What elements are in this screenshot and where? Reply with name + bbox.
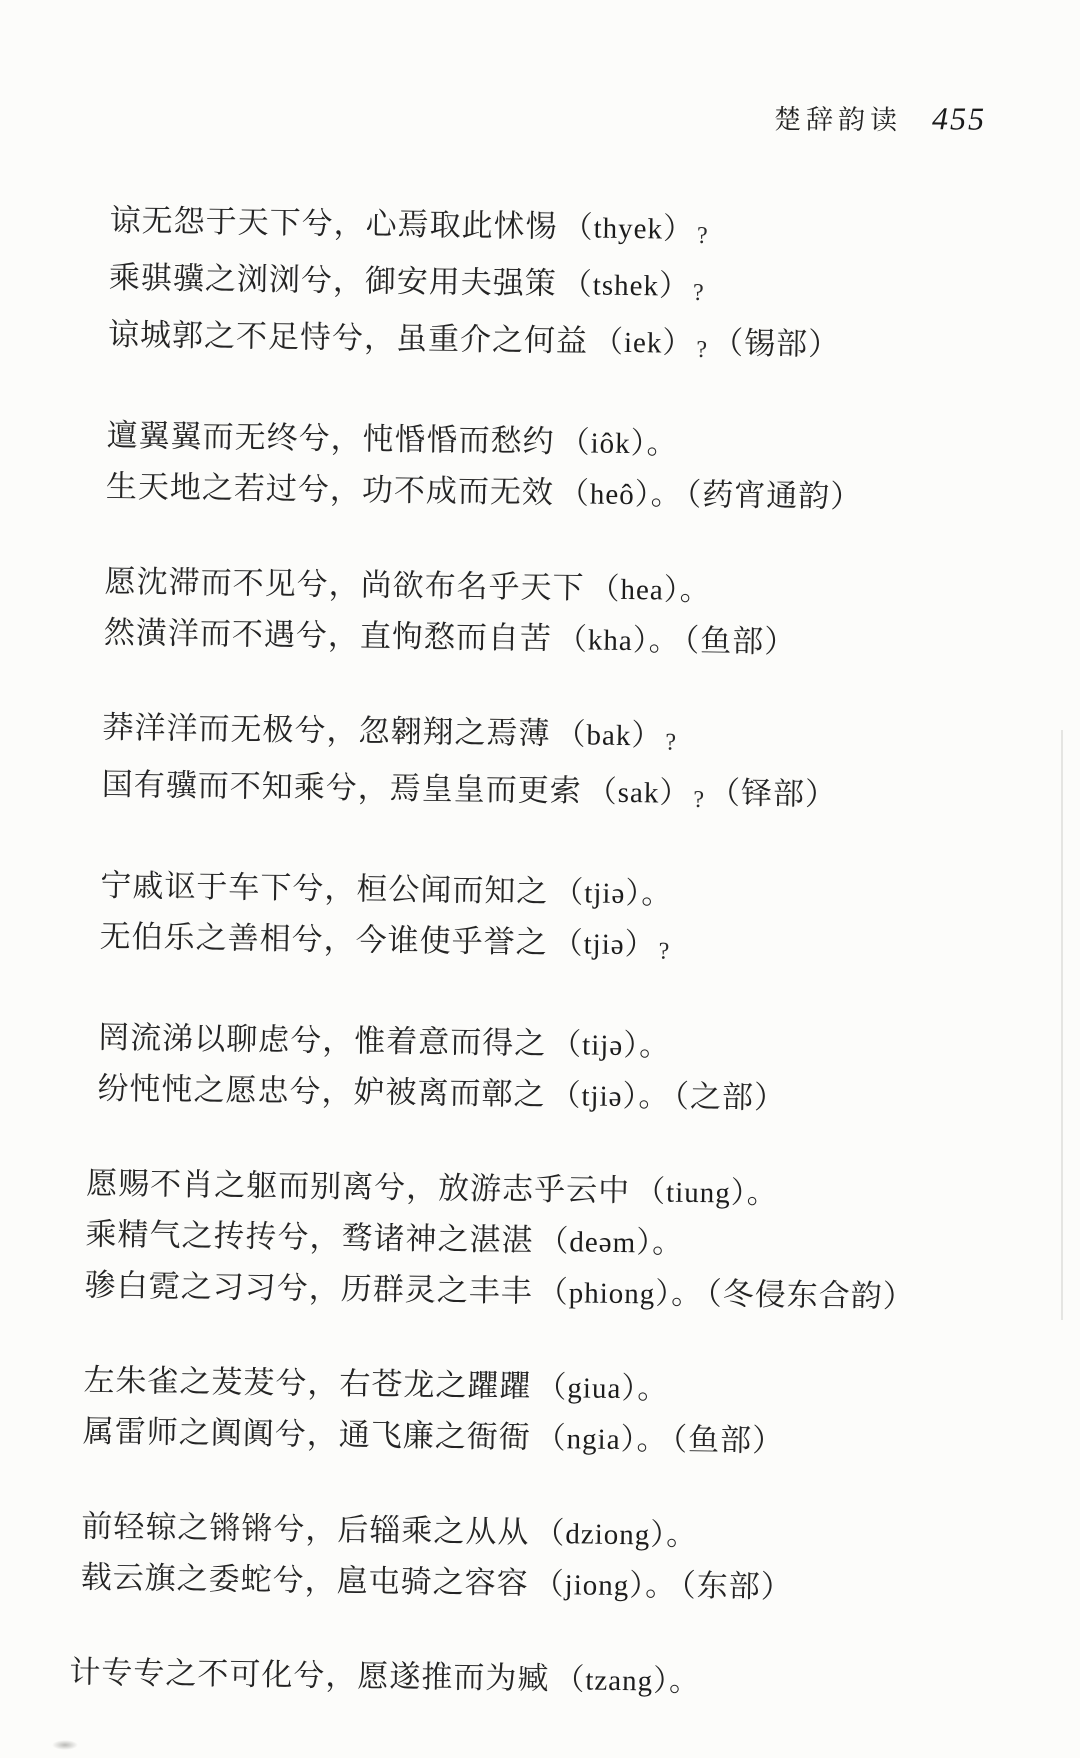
verse-text: 骖白霓之习习兮，历群灵之丰丰 <box>85 1267 533 1308</box>
rhyme-paren-close: ） <box>635 478 651 511</box>
rhyme-paren-close: ） <box>731 1176 747 1209</box>
scan-edge-artifact <box>1061 730 1063 1320</box>
line-punctuation: 。 <box>652 1226 683 1259</box>
rhyme-group-label: （冬侵东合韵） <box>706 1276 915 1314</box>
line-punctuation: ? <box>693 787 705 813</box>
rhyme-group-label: （锡部） <box>712 325 840 362</box>
verse-text: 乘骐骥之浏浏兮，御安用夫强策 <box>109 260 557 301</box>
rhyme-group-label: （铎部） <box>709 775 837 812</box>
rhyme-paren-open: （ <box>552 927 583 960</box>
stanza: 宁戚讴于车下兮，桓公闻而知之（tjiə）。无伯乐之善相兮，今谁使乎誉之（tjiə… <box>99 861 1030 982</box>
rhyme-romanization: tjiə <box>584 877 625 910</box>
rhyme-group-label: （鱼部） <box>671 1422 784 1459</box>
rhyme-paren-close: ） <box>659 776 690 809</box>
rhyme-romanization: tijə <box>582 1029 623 1062</box>
rhyme-group-label: （之部） <box>673 1079 786 1116</box>
stanza: 左朱雀之茇茇兮，右苍龙之躣躣（giua）。属雷师之阗阗兮，通飞廉之衙衙（ngia… <box>82 1355 1023 1470</box>
line-punctuation: 。 <box>680 574 711 607</box>
scan-smudge-artifact <box>52 1740 78 1750</box>
verse-line: 无伯乐之善相兮，今谁使乎誉之（tjiə）? <box>99 912 1030 982</box>
rhyme-paren-close: ） <box>620 1423 636 1456</box>
rhyme-paren-open: （ <box>593 325 624 358</box>
verse-text: 计专专之不可化兮，愿遂推而为臧 <box>69 1654 549 1696</box>
verse-text: 纷忳忳之愿忠兮，妒被离而鄣之 <box>97 1071 545 1112</box>
rhyme-paren-close: ） <box>622 1080 638 1113</box>
page-header: 楚辞韵读 455 <box>774 97 986 137</box>
verse-text: 无伯乐之善相兮，今谁使乎誉之 <box>99 919 547 960</box>
line-punctuation: ? <box>696 337 708 363</box>
rhyme-romanization: ngia <box>566 1423 620 1456</box>
stanza: 莽洋洋而无极兮，忽翱翔之焉薄（bak）?国有骥而不知乘兮，焉皇皇而更索（sak）… <box>101 703 1033 830</box>
verse-text: 愿赐不肖之躯而别离兮，放游志乎云中 <box>86 1165 630 1208</box>
line-punctuation: ? <box>693 280 705 306</box>
rhyme-romanization: deəm <box>569 1226 636 1259</box>
rhyme-romanization: tjiə <box>581 1080 622 1113</box>
rhyme-romanization: tjiə <box>583 928 624 961</box>
rhyme-paren-close: ） <box>655 1277 671 1310</box>
line-punctuation: 。 <box>669 1665 700 1698</box>
rhyme-paren-close: ） <box>664 573 680 606</box>
rhyme-group-label: （鱼部） <box>683 623 796 660</box>
rhyme-paren-open: （ <box>562 268 593 301</box>
rhyme-romanization: thyek <box>593 212 663 245</box>
rhyme-paren-open: （ <box>551 1028 582 1061</box>
rhyme-paren-close: ） <box>659 269 690 302</box>
line-punctuation: 。 <box>636 1423 667 1456</box>
line-punctuation: 。 <box>651 478 682 511</box>
line-punctuation: ? <box>665 730 677 756</box>
line-punctuation: 。 <box>641 877 672 910</box>
poem-body: 谅无怨于天下兮，心焉取此怵惕（thyek）?乘骐骥之浏浏兮，御安用夫强策（tsh… <box>88 196 1040 1756</box>
rhyme-paren-close: ） <box>621 1372 637 1405</box>
rhyme-paren-open: （ <box>538 1276 569 1309</box>
book-page: 楚辞韵读 455 谅无怨于天下兮，心焉取此怵惕（thyek）?乘骐骥之浏浏兮，御… <box>0 0 1080 1758</box>
rhyme-paren-open: （ <box>557 623 588 656</box>
verse-text: 谅城郭之不足恃兮，虽重介之何益 <box>108 317 588 359</box>
rhyme-paren-open: （ <box>535 1422 566 1455</box>
rhyme-paren-open: （ <box>538 1225 569 1258</box>
rhyme-group-label: （东部） <box>680 1568 793 1605</box>
rhyme-paren-open: （ <box>534 1517 565 1550</box>
rhyme-paren-open: （ <box>559 477 590 510</box>
verse-text: 乘精气之抟抟兮，骛诸神之湛湛 <box>85 1216 533 1257</box>
verse-text: 邅翼翼而无终兮，忳惛惛而愁约 <box>106 418 554 459</box>
verse-line: 谅城郭之不足恃兮，虽重介之何益（iek）?（锡部） <box>108 310 1039 380</box>
rhyme-romanization: phiong <box>568 1277 655 1310</box>
line-punctuation: 。 <box>639 1029 670 1062</box>
verse-text: 载云旗之委蛇兮，扈屯骑之容容 <box>80 1559 528 1600</box>
verse-text: 莽洋洋而无极兮，忽翱翔之焉薄 <box>102 710 550 751</box>
rhyme-paren-open: （ <box>553 876 584 909</box>
rhyme-romanization: sak <box>617 777 659 810</box>
line-punctuation: 。 <box>666 1519 697 1552</box>
rhyme-paren-open: （ <box>559 426 590 459</box>
line-punctuation: 。 <box>637 1372 668 1405</box>
verse-text: 罔流涕以聊虑兮，惟着意而得之 <box>98 1020 546 1061</box>
rhyme-paren-open: （ <box>589 572 620 605</box>
line-punctuation: ? <box>697 223 709 249</box>
line-punctuation: 。 <box>646 427 677 460</box>
rhyme-paren-close: ） <box>631 719 662 752</box>
rhyme-romanization: dziong <box>565 1518 650 1551</box>
verse-text: 国有骥而不知乘兮，焉皇皇而更索 <box>102 767 582 809</box>
rhyme-romanization: bak <box>586 719 631 752</box>
verse-line: 国有骥而不知乘兮，焉皇皇而更索（sak）?（铎部） <box>101 760 1032 830</box>
rhyme-paren-close: ） <box>625 877 641 910</box>
rhyme-paren-close: ） <box>650 1518 666 1551</box>
rhyme-romanization: tzang <box>585 1665 653 1698</box>
line-punctuation: 。 <box>671 1278 702 1311</box>
stanza: 谅无怨于天下兮，心焉取此怵惕（thyek）?乘骐骥之浏浏兮，御安用夫强策（tsh… <box>108 196 1040 380</box>
rhyme-romanization: kha <box>588 624 633 657</box>
verse-text: 前轻辌之锵锵兮，后辎乘之从从 <box>81 1508 529 1549</box>
rhyme-paren-close: ） <box>623 1029 639 1062</box>
line-punctuation: ? <box>658 938 670 964</box>
stanza: 愿沈滞而不见兮，尚欲布名乎天下（hea）。然潢洋而不遇兮，直怐愗而自苦（kha）… <box>104 557 1035 672</box>
rhyme-paren-open: （ <box>555 718 586 751</box>
rhyme-paren-open: （ <box>536 1371 567 1404</box>
rhyme-romanization: iôk <box>590 427 631 460</box>
rhyme-paren-open: （ <box>533 1568 564 1601</box>
verse-text: 愿沈滞而不见兮，尚欲布名乎天下 <box>104 564 584 606</box>
rhyme-paren-close: ） <box>632 624 648 657</box>
line-punctuation: 。 <box>638 1080 669 1113</box>
verse-text: 宁戚讴于车下兮，桓公闻而知之 <box>100 868 548 909</box>
rhyme-paren-close: ） <box>663 212 694 245</box>
verse-text: 然潢洋而不遇兮，直怐愗而自苦 <box>104 615 552 656</box>
rhyme-paren-open: （ <box>635 1175 666 1208</box>
line-punctuation: 。 <box>648 624 679 657</box>
rhyme-paren-close: ） <box>624 928 655 961</box>
running-title: 楚辞韵读 <box>774 97 902 137</box>
rhyme-group-label: （药宵通韵） <box>686 477 863 514</box>
verse-text: 属雷师之阗阗兮，通飞廉之衙衙 <box>83 1413 531 1454</box>
stanza: 前轻辌之锵锵兮，后辎乘之从从（dziong）。载云旗之委蛇兮，扈屯骑之容容（ji… <box>80 1501 1021 1616</box>
rhyme-romanization: giua <box>567 1372 621 1405</box>
rhyme-paren-close: ） <box>630 427 646 460</box>
rhyme-paren-open: （ <box>554 1663 585 1696</box>
rhyme-romanization: tshek <box>593 269 660 302</box>
rhyme-paren-open: （ <box>586 775 617 808</box>
rhyme-romanization: heô <box>590 478 635 511</box>
verse-text: 生天地之若过兮，功不成而无效 <box>106 469 554 510</box>
verse-line: 计专专之不可化兮，愿遂推而为臧（tzang）。 <box>69 1647 1020 1711</box>
stanza: 计专专之不可化兮，愿遂推而为臧（tzang）。 <box>69 1647 1020 1711</box>
stanza: 愿赐不肖之躯而别离兮，放游志乎云中（tiung）。乘精气之抟抟兮，骛诸神之湛湛（… <box>84 1158 1026 1324</box>
verse-text: 谅无怨于天下兮，心焉取此怵惕 <box>109 203 557 244</box>
page-number: 455 <box>932 100 986 137</box>
stanza: 罔流涕以聊虑兮，惟着意而得之（tijə）。纷忳忳之愿忠兮，妒被离而鄣之（tjiə… <box>97 1013 1028 1128</box>
rhyme-romanization: tiung <box>666 1177 731 1210</box>
rhyme-paren-close: ） <box>653 1664 669 1697</box>
rhyme-paren-open: （ <box>550 1079 581 1112</box>
line-punctuation: 。 <box>747 1177 778 1210</box>
rhyme-romanization: jiong <box>564 1569 629 1602</box>
rhyme-romanization: hea <box>620 574 664 607</box>
rhyme-paren-close: ） <box>662 326 693 359</box>
rhyme-paren-close: ） <box>629 1569 645 1602</box>
rhyme-paren-close: ） <box>636 1226 652 1259</box>
rhyme-romanization: iek <box>624 327 663 360</box>
line-punctuation: 。 <box>645 1569 676 1602</box>
rhyme-paren-open: （ <box>562 211 593 244</box>
stanza: 邅翼翼而无终兮，忳惛惛而愁约（iôk）。生天地之若过兮，功不成而无效（heô）。… <box>106 411 1037 526</box>
verse-text: 左朱雀之茇茇兮，右苍龙之躣躣 <box>83 1362 531 1403</box>
